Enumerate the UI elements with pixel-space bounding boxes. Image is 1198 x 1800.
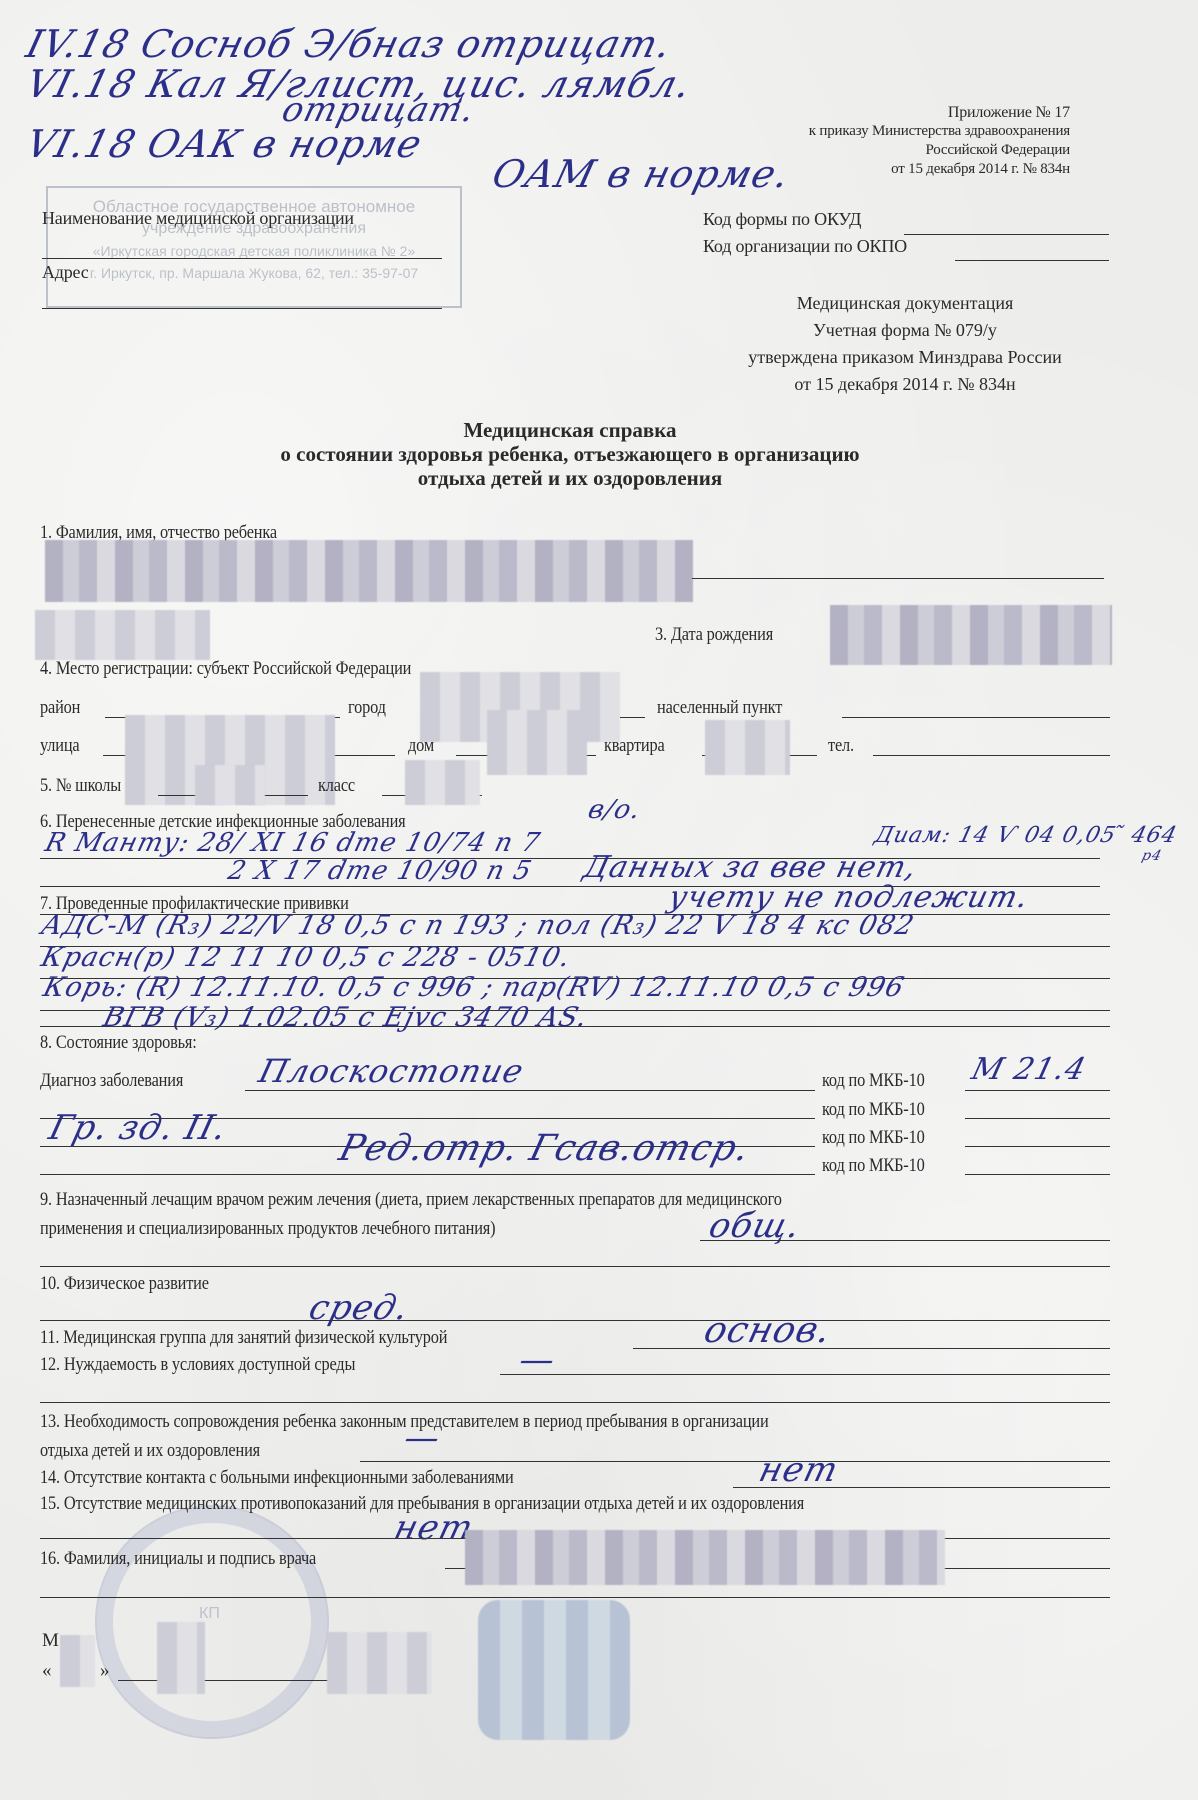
date-month-redacted — [157, 1622, 205, 1694]
settlement-label: населенный пункт — [657, 697, 782, 719]
field-16-line-2[interactable] — [40, 1597, 1110, 1598]
field-16-label: 16. Фамилия, инициалы и подпись врача — [40, 1548, 316, 1570]
field-11-label: 11. Медицинская группа для занятий физич… — [40, 1327, 447, 1349]
address-label: Адрес — [42, 262, 89, 283]
field-10-hw: сред. — [305, 1288, 413, 1328]
field-6-hw-mantoux-2: 2 X 17 dтe 10/90 п 5 — [225, 856, 535, 886]
okpo-label: Код организации по ОКПО — [703, 236, 907, 257]
document-title: Медицинская справка о состоянии здоровья… — [150, 418, 990, 490]
apartment-redacted — [705, 720, 790, 775]
field-9-label-1: 9. Назначенный лечащим врачом режим лече… — [40, 1189, 782, 1211]
stamp-line-4: г. Иркутск, пр. Маршала Жукова, 62, тел.… — [48, 262, 460, 284]
round-stamp: КП — [95, 1505, 329, 1739]
mkb-code-hw: M 21.4 — [968, 1052, 1090, 1087]
field-14-line[interactable] — [733, 1487, 1110, 1488]
field-10-label: 10. Физическое развитие — [40, 1273, 209, 1295]
form-info-line-2: Учетная форма № 079/у — [700, 317, 1110, 344]
field-14-hw: нет — [755, 1450, 843, 1490]
field-5-school-label: 5. № школы — [40, 775, 121, 797]
field-7-hw-row-4: ВГВ (V₃) 1.02.05 с Еjvс 3470 AS. — [100, 1002, 591, 1033]
handwritten-note-4: ОАМ в норме. — [488, 152, 794, 196]
appendix-line-2: к приказу Министерства здравоохранения — [700, 122, 1070, 141]
date-close-quote: » — [100, 1660, 109, 1682]
round-stamp-center: КП — [199, 1605, 220, 1623]
mkb-label-2: код по МКБ-10 — [822, 1099, 925, 1121]
child-name-redacted — [45, 540, 693, 602]
mkb-field-2[interactable] — [965, 1118, 1110, 1119]
field-13-label-1: 13. Необходимость сопровождения ребенка … — [40, 1411, 769, 1433]
settlement-field[interactable] — [842, 717, 1110, 718]
date-day-redacted — [60, 1635, 95, 1687]
org-name-underline — [42, 258, 442, 259]
city-field[interactable] — [620, 717, 645, 718]
diagnosis-field[interactable] — [245, 1090, 815, 1091]
field-8-label: 8. Состояние здоровья: — [40, 1032, 197, 1054]
date-open-quote: « — [42, 1660, 51, 1682]
school-redacted — [195, 765, 265, 805]
field-9-label-2: применения и специализированных продукто… — [40, 1218, 495, 1240]
mkb-label-1: код по МКБ-10 — [822, 1070, 925, 1092]
house-label: дом — [408, 735, 434, 757]
registered-hw: Ред.отр. Гсав.отср. — [335, 1128, 754, 1169]
org-name-label: Наименование медицинской организации — [42, 208, 354, 229]
field-4-label: 4. Место регистрации: субъект Российской… — [40, 658, 411, 680]
appendix-line-3: Российской Федерации — [770, 141, 1070, 160]
diagnosis-hw: Плоскостопие — [255, 1052, 528, 1090]
handwritten-note-1: IV.18 Сосноб Э/бназ отрицат. — [22, 22, 676, 66]
field-14-label: 14. Отсутствие контакта с больными инфек… — [40, 1467, 514, 1489]
title-line-3: отдыха детей и их оздоровления — [150, 466, 990, 490]
mkb-label-3: код по МКБ-10 — [822, 1127, 925, 1149]
address-underline — [42, 308, 442, 309]
field-11-hw: основ. — [700, 1310, 836, 1351]
form-info-line-3: утверждена приказом Минздрава России — [700, 344, 1110, 371]
city-label: город — [348, 697, 386, 719]
mkb-field-4[interactable] — [965, 1174, 1110, 1175]
field-7-hw-row-3: Корь: (R) 12.11.10. 0,5 с 996 ; пар(RV) … — [40, 972, 908, 1003]
birth-date-redacted — [830, 605, 1112, 665]
class-label: класс — [318, 775, 355, 797]
okud-field[interactable] — [904, 234, 1109, 235]
okud-label: Код формы по ОКУД — [703, 209, 861, 230]
handwritten-note-3: VI.18 ОАК в норме — [22, 122, 427, 166]
okpo-field[interactable] — [955, 260, 1109, 261]
field-6-hw-p4: р4 — [1140, 848, 1164, 864]
form-info-line-4: от 15 декабря 2014 г. № 834н — [700, 371, 1110, 398]
mkb-label-4: код по МКБ-10 — [822, 1155, 925, 1177]
title-line-2: о состоянии здоровья ребенка, отъезжающе… — [150, 442, 990, 466]
doctor-name-redacted — [465, 1530, 945, 1585]
field-2-redacted — [35, 610, 210, 660]
field-3-label: 3. Дата рождения — [655, 624, 773, 646]
health-group-hw: Гр. зд. II. — [45, 1108, 231, 1148]
appendix-line-1: Приложение № 17 — [770, 103, 1070, 122]
field-6-line-1[interactable] — [40, 858, 1100, 859]
field-10-line[interactable] — [40, 1320, 1110, 1321]
class-redacted — [405, 760, 480, 805]
field-12-line-1[interactable] — [500, 1374, 1110, 1375]
field-6-hw-mantoux-1: R Манту: 28/ XI 16 dтe 10/74 п 7 — [42, 828, 544, 858]
field-12-line-2[interactable] — [40, 1402, 1110, 1403]
mkb-field-1[interactable] — [965, 1090, 1110, 1091]
organization-stamp: Областное государственное автономное учр… — [46, 186, 462, 308]
street-label: улица — [40, 735, 79, 757]
phone-label: тел. — [828, 735, 854, 757]
district-label: район — [40, 697, 80, 719]
field-7-line-5[interactable] — [40, 1026, 1110, 1027]
house-redacted — [487, 710, 587, 775]
apartment-label: квартира — [604, 735, 665, 757]
title-line-1: Медицинская справка — [150, 418, 990, 442]
field-9-line-1[interactable] — [700, 1240, 1110, 1241]
date-month-field[interactable] — [118, 1680, 328, 1681]
form-info: Медицинская документация Учетная форма №… — [700, 290, 1110, 398]
field-7-hw-row-2: Красн(р) 12 11 10 0,5 с 228 - 0510. — [38, 942, 574, 973]
field-12-label: 12. Нуждаемость в условиях доступной сре… — [40, 1354, 355, 1376]
field-13-line[interactable] — [360, 1461, 1110, 1462]
field-11-line[interactable] — [633, 1348, 1110, 1349]
seal-redacted — [478, 1600, 630, 1740]
mkb-field-3[interactable] — [965, 1146, 1110, 1147]
date-year-redacted — [327, 1632, 432, 1694]
diagnosis-line-4[interactable] — [40, 1174, 815, 1175]
child-name-underline[interactable] — [692, 578, 1104, 579]
appendix-header: Приложение № 17 к приказу Министерства з… — [770, 103, 1070, 179]
phone-field[interactable] — [873, 755, 1110, 756]
diagnosis-label: Диагноз заболевания — [40, 1070, 183, 1092]
field-9-line-2[interactable] — [40, 1266, 1110, 1267]
field-6-hw-vo: в/о. — [585, 795, 644, 825]
form-info-line-1: Медицинская документация — [700, 290, 1110, 317]
field-7-hw-row-1: АДС-М (R₃) 22/V 18 0,5 с п 193 ; пол (R₃… — [38, 910, 918, 941]
appendix-line-4: от 15 декабря 2014 г. № 834н — [770, 160, 1070, 179]
field-6-hw-diaskin: Диам: 14 Ѵ 04 0,05 ̃ 464 — [872, 823, 1180, 848]
field-13-label-2: отдыха детей и их оздоровления — [40, 1440, 260, 1462]
mp-label: М — [42, 1630, 59, 1652]
